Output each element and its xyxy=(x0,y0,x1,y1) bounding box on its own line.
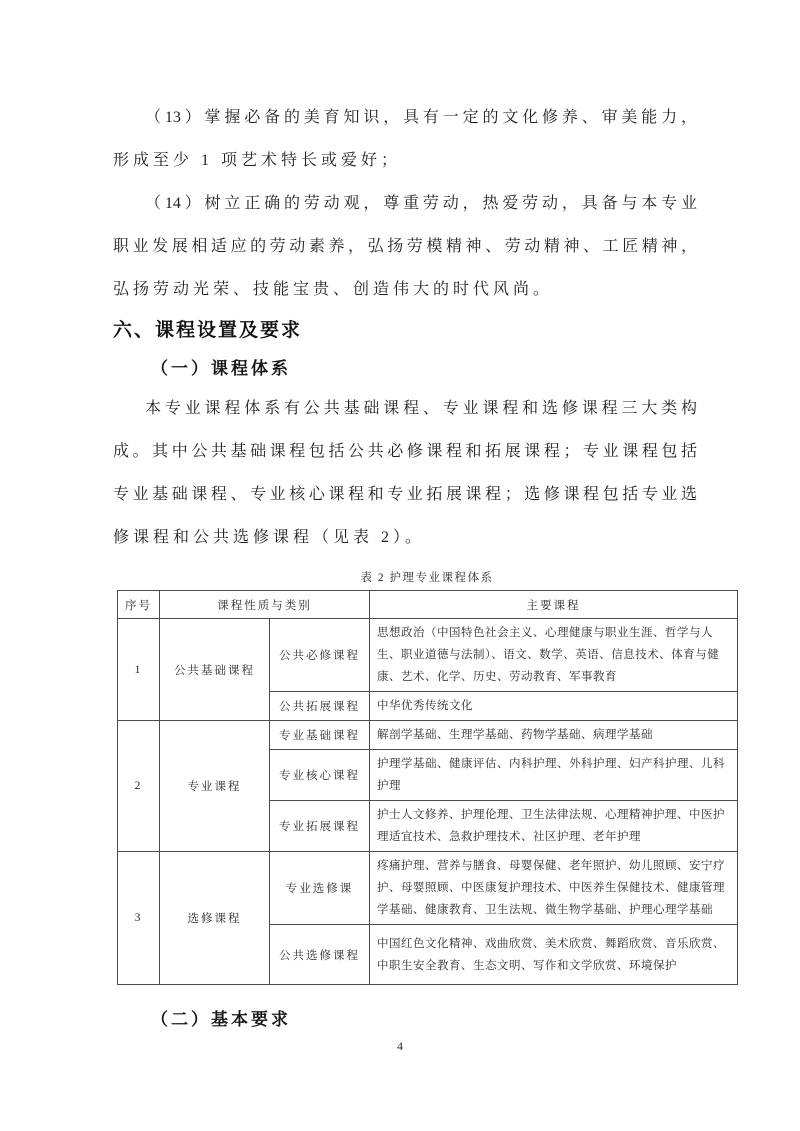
paragraph-intro: 本专业课程体系有公共基础课程、专业课程和选修课程三大类构 成。其中公共基础课程包… xyxy=(113,387,697,559)
cell-course-type: 专业拓展课程 xyxy=(270,801,370,852)
document-page: （13）掌握必备的美育知识，具有一定的文化修养、审美能力， 形成至少 1 项艺术… xyxy=(0,0,800,1131)
body-line: （14）树立正确的劳动观，尊重劳动，热爱劳动，具备与本专业 xyxy=(113,182,697,225)
body-line: （13）掌握必备的美育知识，具有一定的文化修养、审美能力， xyxy=(113,96,697,139)
cell-group-category: 专业课程 xyxy=(160,721,270,852)
cell-course-type: 公共拓展课程 xyxy=(270,692,370,721)
page-content: （13）掌握必备的美育知识，具有一定的文化修养、审美能力， 形成至少 1 项艺术… xyxy=(113,96,697,1037)
cell-course-type: 公共必修课程 xyxy=(270,619,370,692)
table-row: 1 公共基础课程 公共必修课程 思想政治（中国特色社会主义、心理健康与职业生涯、… xyxy=(118,619,738,692)
body-line: 成。其中公共基础课程包括公共必修课程和拓展课程；专业课程包括 xyxy=(113,430,697,473)
cell-course-type: 专业核心课程 xyxy=(270,750,370,801)
body-line: 专业基础课程、专业核心课程和专业拓展课程；选修课程包括专业选 xyxy=(113,473,697,516)
cell-group-category: 选修课程 xyxy=(160,852,270,985)
cell-course-list: 疼痛护理、营养与膳食、母婴保健、老年照护、幼儿照顾、安宁疗护、母婴照顾、中医康复… xyxy=(370,852,738,925)
cell-course-list: 中国红色文化精神、戏曲欣赏、美术欣赏、舞蹈欣赏、音乐欣赏、中职生安全教育、生态文… xyxy=(370,925,738,985)
page-number: 4 xyxy=(0,1036,800,1056)
table-caption: 表 2 护理专业课程体系 xyxy=(117,566,737,590)
body-line: 修课程和公共选修课程（见表 2）。 xyxy=(113,516,697,559)
table-header-row: 序号 课程性质与类别 主要课程 xyxy=(118,591,738,619)
paragraph-14: （14）树立正确的劳动观，尊重劳动，热爱劳动，具备与本专业 职业发展相适应的劳动… xyxy=(113,182,697,311)
section-heading: 六、课程设置及要求 xyxy=(113,311,697,351)
cell-course-list: 解剖学基础、生理学基础、药物学基础、病理学基础 xyxy=(370,721,738,750)
cell-group-category: 公共基础课程 xyxy=(160,619,270,721)
cell-course-list: 中华优秀传统文化 xyxy=(370,692,738,721)
body-line: 弘扬劳动光荣、技能宝贵、创造伟大的时代风尚。 xyxy=(113,268,697,311)
header-cell-category: 课程性质与类别 xyxy=(160,591,370,619)
cell-group-no: 2 xyxy=(118,721,160,852)
paragraph-13: （13）掌握必备的美育知识，具有一定的文化修养、审美能力， 形成至少 1 项艺术… xyxy=(113,96,697,182)
table-row: 2 专业课程 专业基础课程 解剖学基础、生理学基础、药物学基础、病理学基础 xyxy=(118,721,738,750)
cell-course-type: 公共选修课程 xyxy=(270,925,370,985)
body-line: 职业发展相适应的劳动素养，弘扬劳模精神、劳动精神、工匠精神， xyxy=(113,225,697,268)
body-line: 本专业课程体系有公共基础课程、专业课程和选修课程三大类构 xyxy=(113,387,697,430)
subsection-heading-1: （一）课程体系 xyxy=(151,351,697,387)
cell-course-type: 专业基础课程 xyxy=(270,721,370,750)
cell-course-type: 专业选修课 xyxy=(270,852,370,925)
cell-course-list: 思想政治（中国特色社会主义、心理健康与职业生涯、哲学与人生、职业道德与法制）、语… xyxy=(370,619,738,692)
table-row: 3 选修课程 专业选修课 疼痛护理、营养与膳食、母婴保健、老年照护、幼儿照顾、安… xyxy=(118,852,738,925)
curriculum-table: 序号 课程性质与类别 主要课程 1 公共基础课程 公共必修课程 思想政治（中国特… xyxy=(117,590,738,985)
cell-group-no: 3 xyxy=(118,852,160,985)
subsection-heading-2: （二）基本要求 xyxy=(151,1003,697,1037)
cell-course-list: 护理学基础、健康评估、内科护理、外科护理、妇产科护理、儿科护理 xyxy=(370,750,738,801)
header-cell-no: 序号 xyxy=(118,591,160,619)
cell-course-list: 护士人文修养、护理伦理、卫生法律法规、心理精神护理、中医护理适宜技术、急救护理技… xyxy=(370,801,738,852)
body-line: 形成至少 1 项艺术特长或爱好； xyxy=(113,139,697,182)
header-cell-courses: 主要课程 xyxy=(370,591,738,619)
cell-group-no: 1 xyxy=(118,619,160,721)
